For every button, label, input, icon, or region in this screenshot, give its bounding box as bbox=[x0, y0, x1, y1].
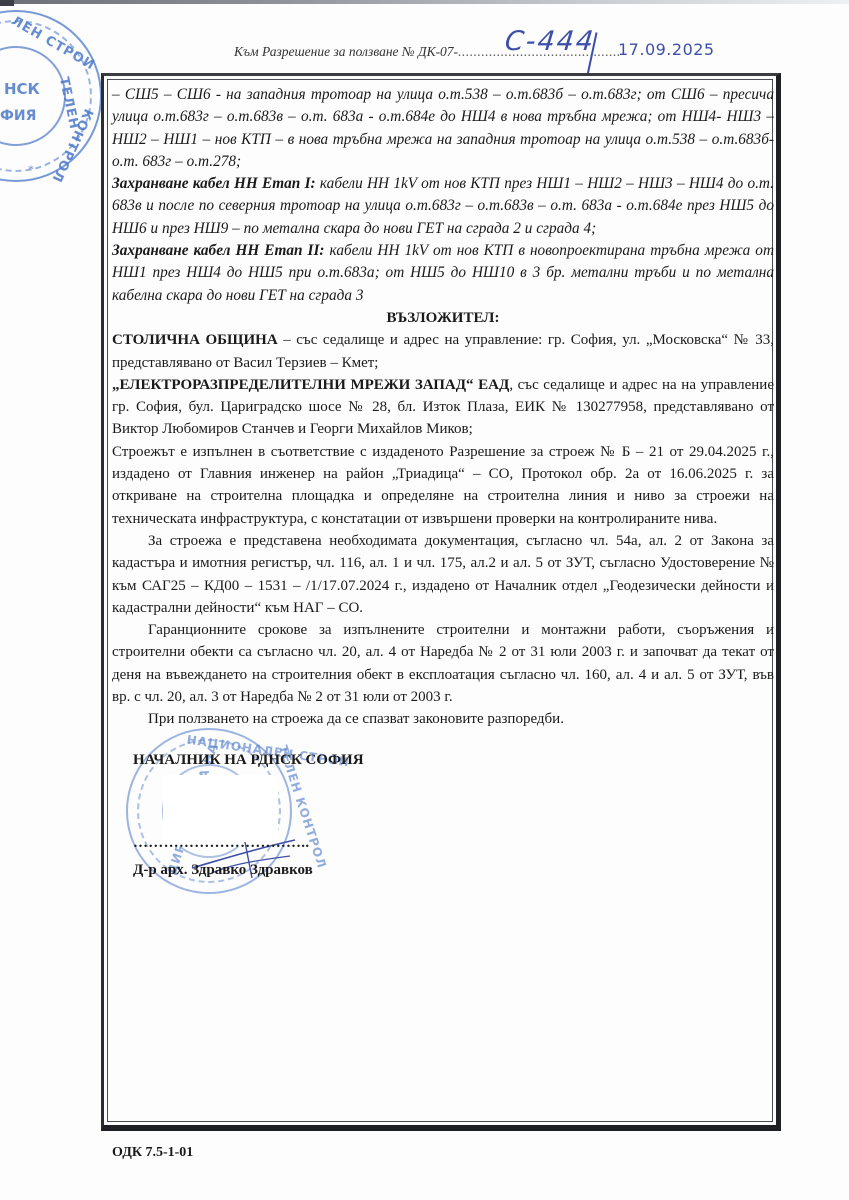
reference-prefix: Към Разрешение за ползване № ДК-07- bbox=[234, 44, 458, 59]
scan-edge bbox=[0, 0, 849, 4]
stamp-center-text: НСК bbox=[4, 80, 40, 98]
signatory-name: Д-р арх. Здравко Здравков bbox=[133, 862, 313, 879]
date-stamp: 17.09.2025 bbox=[618, 40, 715, 59]
assignor-heading: ВЪЗЛОЖИТЕЛ: bbox=[112, 307, 774, 329]
stage1-label: Захранване кабел НН Етап I: bbox=[112, 175, 316, 192]
construction-paragraph: Строежът е изпълнен в съответствие с изд… bbox=[112, 441, 774, 530]
official-stamp-top: ЛЕН СТРОИ ТЕЛЕН КОНТРОЛ НСК ФИЯ * bbox=[0, 10, 102, 182]
assignor2-paragraph: „ЕЛЕКТРОРАЗПРЕДЕЛИТЕЛНИ МРЕЖИ ЗАПАД“ ЕАД… bbox=[112, 374, 774, 441]
document-body: – СШ5 – СШ6 - на западния тротоар на ули… bbox=[112, 84, 774, 731]
assignor1-name: СТОЛИЧНА ОБЩИНА bbox=[112, 332, 278, 348]
warranty-paragraph: Гаранционните срокове за изпълнените стр… bbox=[112, 619, 774, 708]
scan-corner bbox=[0, 0, 14, 6]
stage2-paragraph: Захранване кабел НН Етап II: кабели НН 1… bbox=[112, 240, 774, 307]
form-code: ОДК 7.5-1-01 bbox=[112, 1145, 193, 1161]
stage2-label: Захранване кабел НН Етап II: bbox=[112, 242, 325, 259]
stamp-center-text: ФИЯ bbox=[0, 108, 36, 124]
stage1-paragraph: Захранване кабел НН Етап I: кабели НН 1k… bbox=[112, 173, 774, 240]
signature-line: …………………………….. bbox=[133, 835, 309, 852]
handwritten-permit-number: С-444 bbox=[503, 26, 596, 57]
star-icon: * bbox=[28, 162, 34, 177]
assignor1-paragraph: СТОЛИЧНА ОБЩИНА – със седалище и адрес н… bbox=[112, 329, 774, 374]
route-continuation: – СШ5 – СШ6 - на западния тротоар на ули… bbox=[112, 84, 774, 173]
stamp-ring-text: ЛЕН СТРОИ bbox=[9, 14, 98, 74]
signatory-title: НАЧАЛНИК НА РДНСК СОФИЯ bbox=[133, 752, 364, 769]
documentation-paragraph: За строежа е представена необходимата до… bbox=[112, 530, 774, 619]
assignor2-name: „ЕЛЕКТРОРАЗПРЕДЕЛИТЕЛНИ МРЕЖИ ЗАПАД“ ЕАД bbox=[112, 377, 509, 393]
